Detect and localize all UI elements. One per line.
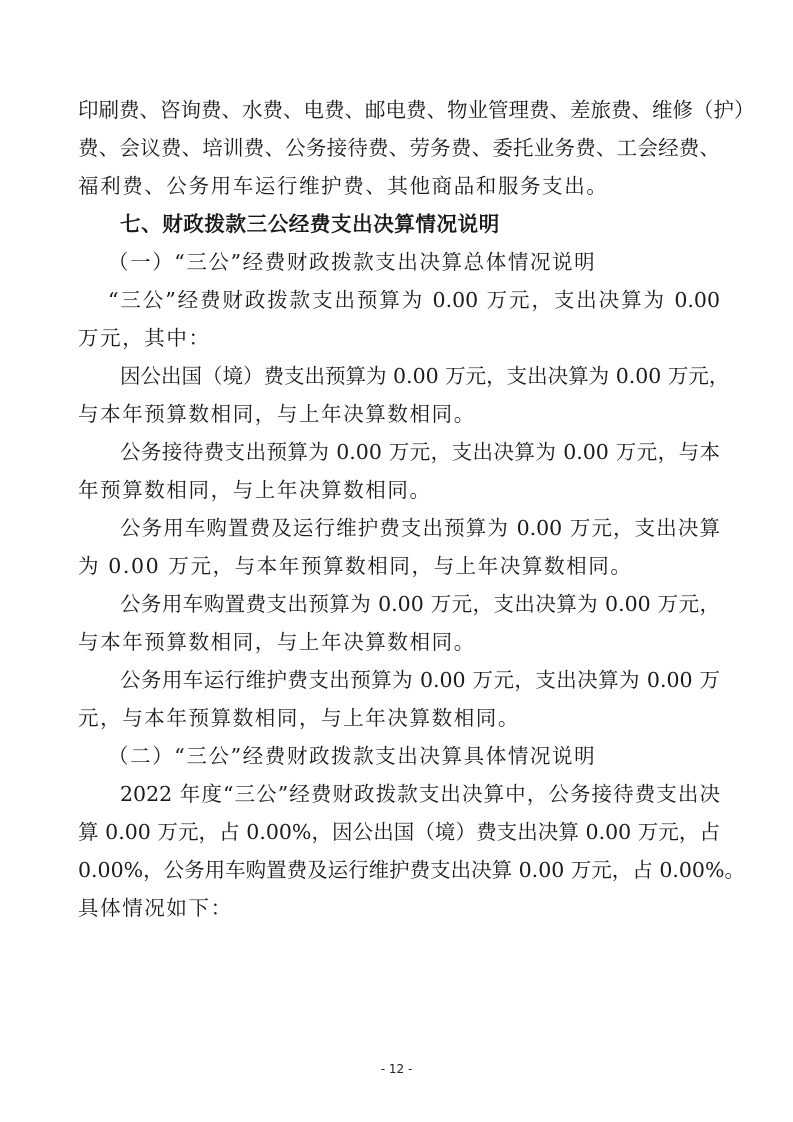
paragraph-line: 与本年预算数相同，与上年决算数相同。 <box>78 400 476 428</box>
paragraph-line: 元，与本年预算数相同，与上年决算数相同。 <box>78 704 520 732</box>
paragraph-line: 因公出国（境）费支出预算为 0.00 万元，支出决算为 0.00 万元， <box>120 362 720 390</box>
paragraph-line: 年预算数相同，与上年决算数相同。 <box>78 476 432 504</box>
paragraph-line: 公务用车购置费及运行维护费支出预算为 0.00 万元，支出决算 <box>120 514 720 542</box>
paragraph-line: 2022 年度“三公”经费财政拨款支出决算中，公务接待费支出决 <box>120 780 720 808</box>
paragraph-line: 公务用车购置费支出预算为 0.00 万元，支出决算为 0.00 万元， <box>120 590 720 618</box>
paragraph-line: 费、会议费、培训费、公务接待费、劳务费、委托业务费、工会经费、 <box>78 134 720 162</box>
paragraph-line: 福利费、公务用车运行维护费、其他商品和服务支出。 <box>78 172 608 200</box>
paragraph-line: 算 0.00 万元，占 0.00%，因公出国（境）费支出决算 0.00 万元，占 <box>78 818 720 846</box>
paragraph-line: 公务用车运行维护费支出预算为 0.00 万元，支出决算为 0.00 万 <box>120 666 720 694</box>
paragraph-line: 万元，其中： <box>78 324 211 352</box>
paragraph-line: 为 0.00 万元，与本年预算数相同，与上年决算数相同。 <box>78 552 632 580</box>
paragraph-line: 具体情况如下： <box>78 894 233 922</box>
paragraph-line: 与本年预算数相同，与上年决算数相同。 <box>78 628 476 656</box>
section-heading: 七、财政拨款三公经费支出决算情况说明 <box>120 210 500 238</box>
paragraph-line: 0.00%，公务用车购置费及运行维护费支出决算 0.00 万元，占 0.00%。 <box>78 856 720 884</box>
subsection-heading: （二）“三公”经费财政拨款支出决算具体情况说明 <box>108 742 596 770</box>
subsection-heading: （一）“三公”经费财政拨款支出决算总体情况说明 <box>108 248 596 276</box>
paragraph-line: “三公”经费财政拨款支出预算为 0.00 万元，支出决算为 0.00 <box>108 286 720 314</box>
page-number: - 12 - <box>0 1062 793 1076</box>
paragraph-line: 印刷费、咨询费、水费、电费、邮电费、物业管理费、差旅费、维修（护） <box>78 96 720 124</box>
paragraph-line: 公务接待费支出预算为 0.00 万元，支出决算为 0.00 万元，与本 <box>120 438 720 466</box>
